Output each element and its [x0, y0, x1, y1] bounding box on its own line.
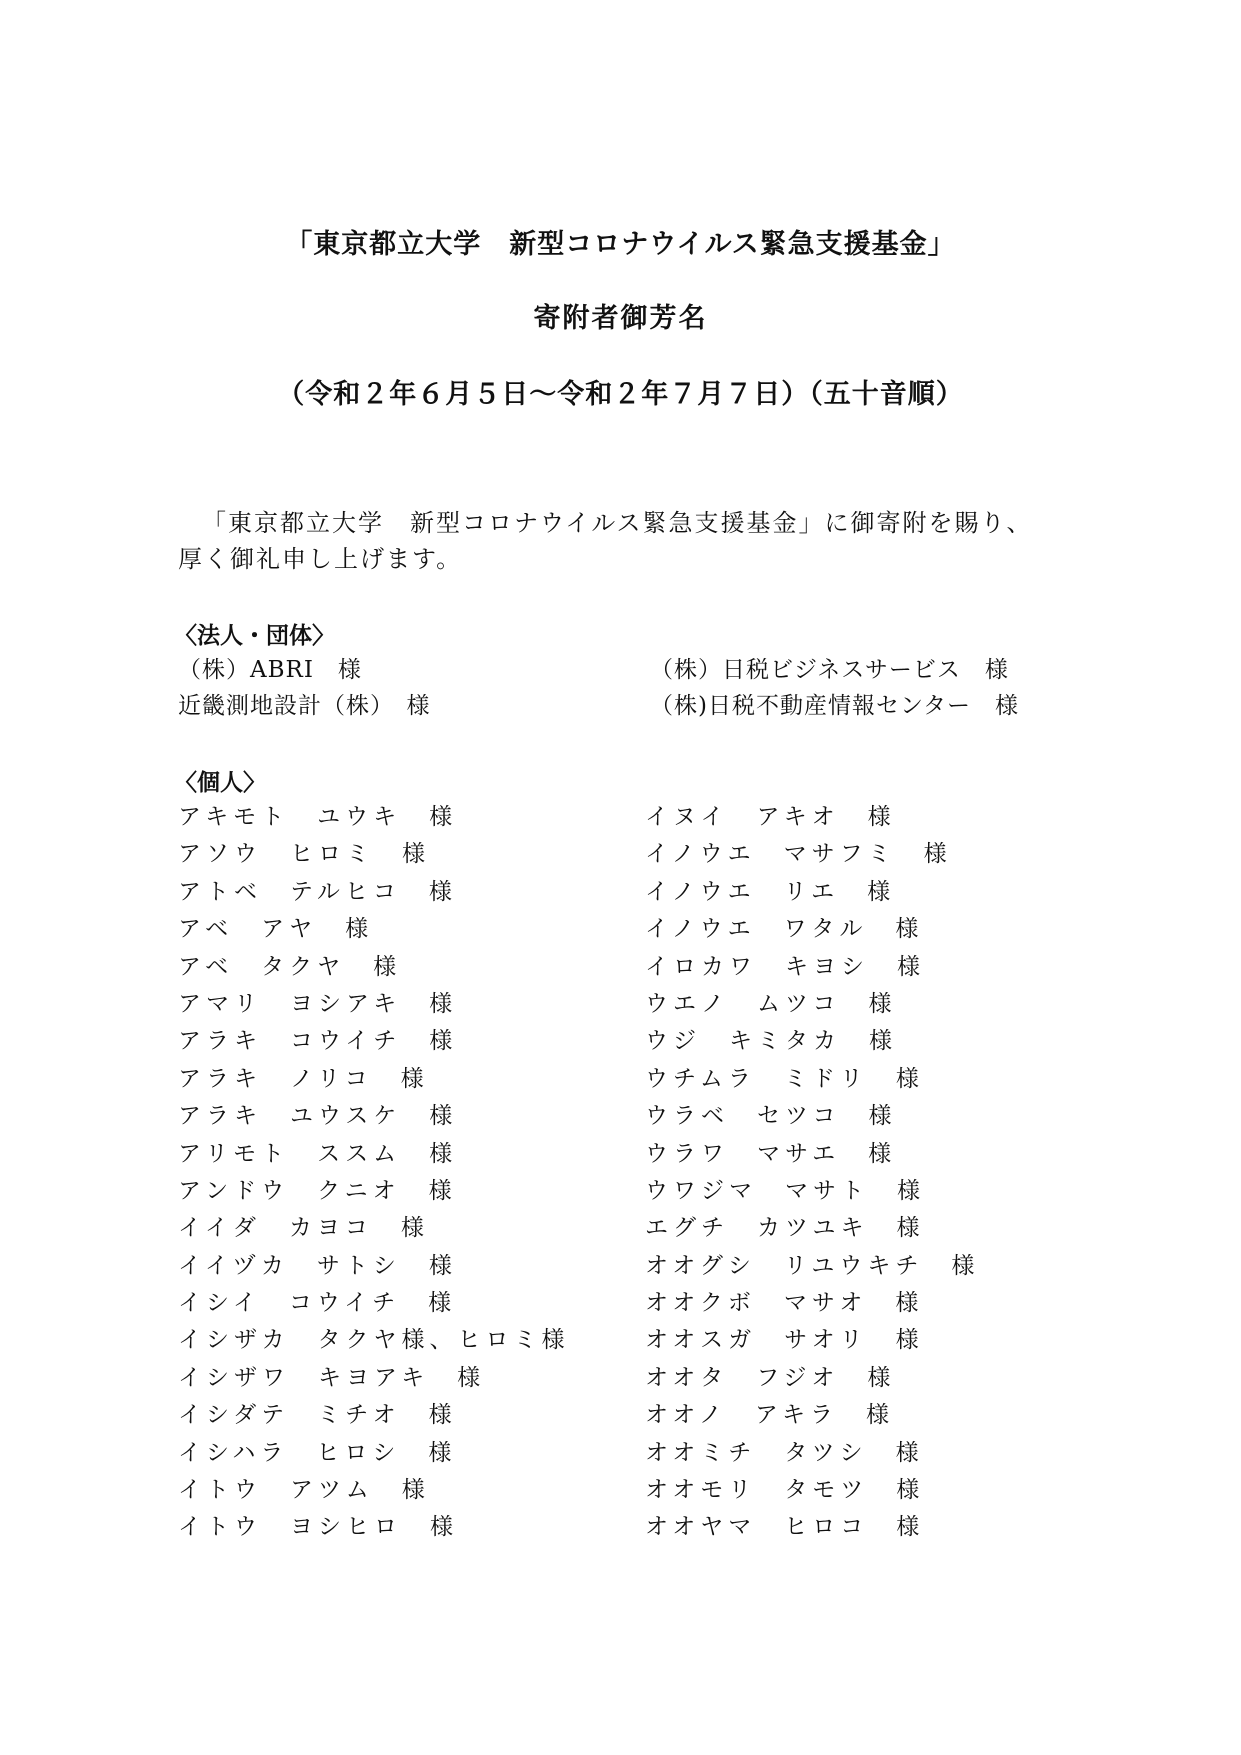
- donation-period: （令和２年６月５日～令和２年７月７日）（五十音順）: [0, 372, 1241, 411]
- donor-name: イシザワ キヨアキ 様: [178, 1360, 570, 1397]
- donor-name: ウラベ セツコ 様: [645, 1098, 979, 1135]
- intro-line-1: 「東京都立大学 新型コロナウイルス緊急支援基金」に御寄附を賜り、: [178, 505, 1078, 541]
- section-heading-individuals: 〈個人〉: [174, 764, 266, 797]
- donor-name: イイダ カヨコ 様: [178, 1210, 570, 1247]
- donor-name: アベ タクヤ 様: [178, 949, 570, 986]
- donor-name: イノウエ リエ 様: [645, 874, 979, 911]
- corporation-entry: （株）ABRI 様: [178, 652, 431, 688]
- donor-name: アベ アヤ 様: [178, 911, 570, 948]
- donor-name: イノウエ マサフミ 様: [645, 836, 979, 873]
- donor-name: アマリ ヨシアキ 様: [178, 986, 570, 1023]
- document-title: 「東京都立大学 新型コロナウイルス緊急支援基金」: [0, 222, 1241, 261]
- corporation-entry: 近畿測地設計（株） 様: [178, 688, 431, 724]
- donor-name: オオヤマ ヒロコ 様: [645, 1509, 979, 1546]
- donor-name: アラキ ユウスケ 様: [178, 1098, 570, 1135]
- donor-name: ウチムラ ミドリ 様: [645, 1061, 979, 1098]
- donor-name: イトウ アツム 様: [178, 1472, 570, 1509]
- intro-line-2: 厚く御礼申し上げます。: [178, 541, 1078, 577]
- donor-name: オオグシ リユウキチ 様: [645, 1248, 979, 1285]
- donor-name: イヌイ アキオ 様: [645, 799, 979, 836]
- donor-name: アキモト ユウキ 様: [178, 799, 570, 836]
- donor-name: イノウエ ワタル 様: [645, 911, 979, 948]
- donor-name: ウラワ マサエ 様: [645, 1136, 979, 1173]
- donor-name: ウジ キミタカ 様: [645, 1023, 979, 1060]
- donor-name: イシザカ タクヤ様、ヒロミ様: [178, 1322, 570, 1359]
- donor-name: エグチ カツユキ 様: [645, 1210, 979, 1247]
- document-subtitle: 寄附者御芳名: [0, 296, 1241, 335]
- corporations-right-column: （株）日税ビジネスサービス 様 （株)日税不動産情報センター 様: [650, 652, 1019, 724]
- donor-name: イシイ コウイチ 様: [178, 1285, 570, 1322]
- donor-name: アラキ ノリコ 様: [178, 1061, 570, 1098]
- donor-name: アソウ ヒロミ 様: [178, 836, 570, 873]
- donor-name: オオノ アキラ 様: [645, 1397, 979, 1434]
- donor-name: イロカワ キヨシ 様: [645, 949, 979, 986]
- donor-name: アリモト ススム 様: [178, 1136, 570, 1173]
- donor-name: オオスガ サオリ 様: [645, 1322, 979, 1359]
- donor-name: ウワジマ マサト 様: [645, 1173, 979, 1210]
- donor-name: オオミチ タツシ 様: [645, 1435, 979, 1472]
- donor-name: イイヅカ サトシ 様: [178, 1248, 570, 1285]
- individuals-left-column: アキモト ユウキ 様 アソウ ヒロミ 様 アトベ テルヒコ 様 アベ アヤ 様 …: [178, 799, 570, 1547]
- corporation-entry: （株）日税ビジネスサービス 様: [650, 652, 1019, 688]
- donor-name: アンドウ クニオ 様: [178, 1173, 570, 1210]
- document-page: 「東京都立大学 新型コロナウイルス緊急支援基金」 寄附者御芳名 （令和２年６月５…: [0, 0, 1241, 1755]
- corporation-entry: （株)日税不動産情報センター 様: [650, 688, 1019, 724]
- donor-name: アトベ テルヒコ 様: [178, 874, 570, 911]
- donor-name: イシダテ ミチオ 様: [178, 1397, 570, 1434]
- donor-name: イシハラ ヒロシ 様: [178, 1435, 570, 1472]
- donor-name: アラキ コウイチ 様: [178, 1023, 570, 1060]
- section-heading-corporations: 〈法人・団体〉: [174, 617, 335, 650]
- donor-name: イトウ ヨシヒロ 様: [178, 1509, 570, 1546]
- corporations-left-column: （株）ABRI 様 近畿測地設計（株） 様: [178, 652, 431, 724]
- individuals-right-column: イヌイ アキオ 様 イノウエ マサフミ 様 イノウエ リエ 様 イノウエ ワタル…: [645, 799, 979, 1547]
- donor-name: オオタ フジオ 様: [645, 1360, 979, 1397]
- donor-name: ウエノ ムツコ 様: [645, 986, 979, 1023]
- donor-name: オオクボ マサオ 様: [645, 1285, 979, 1322]
- donor-name: オオモリ タモツ 様: [645, 1472, 979, 1509]
